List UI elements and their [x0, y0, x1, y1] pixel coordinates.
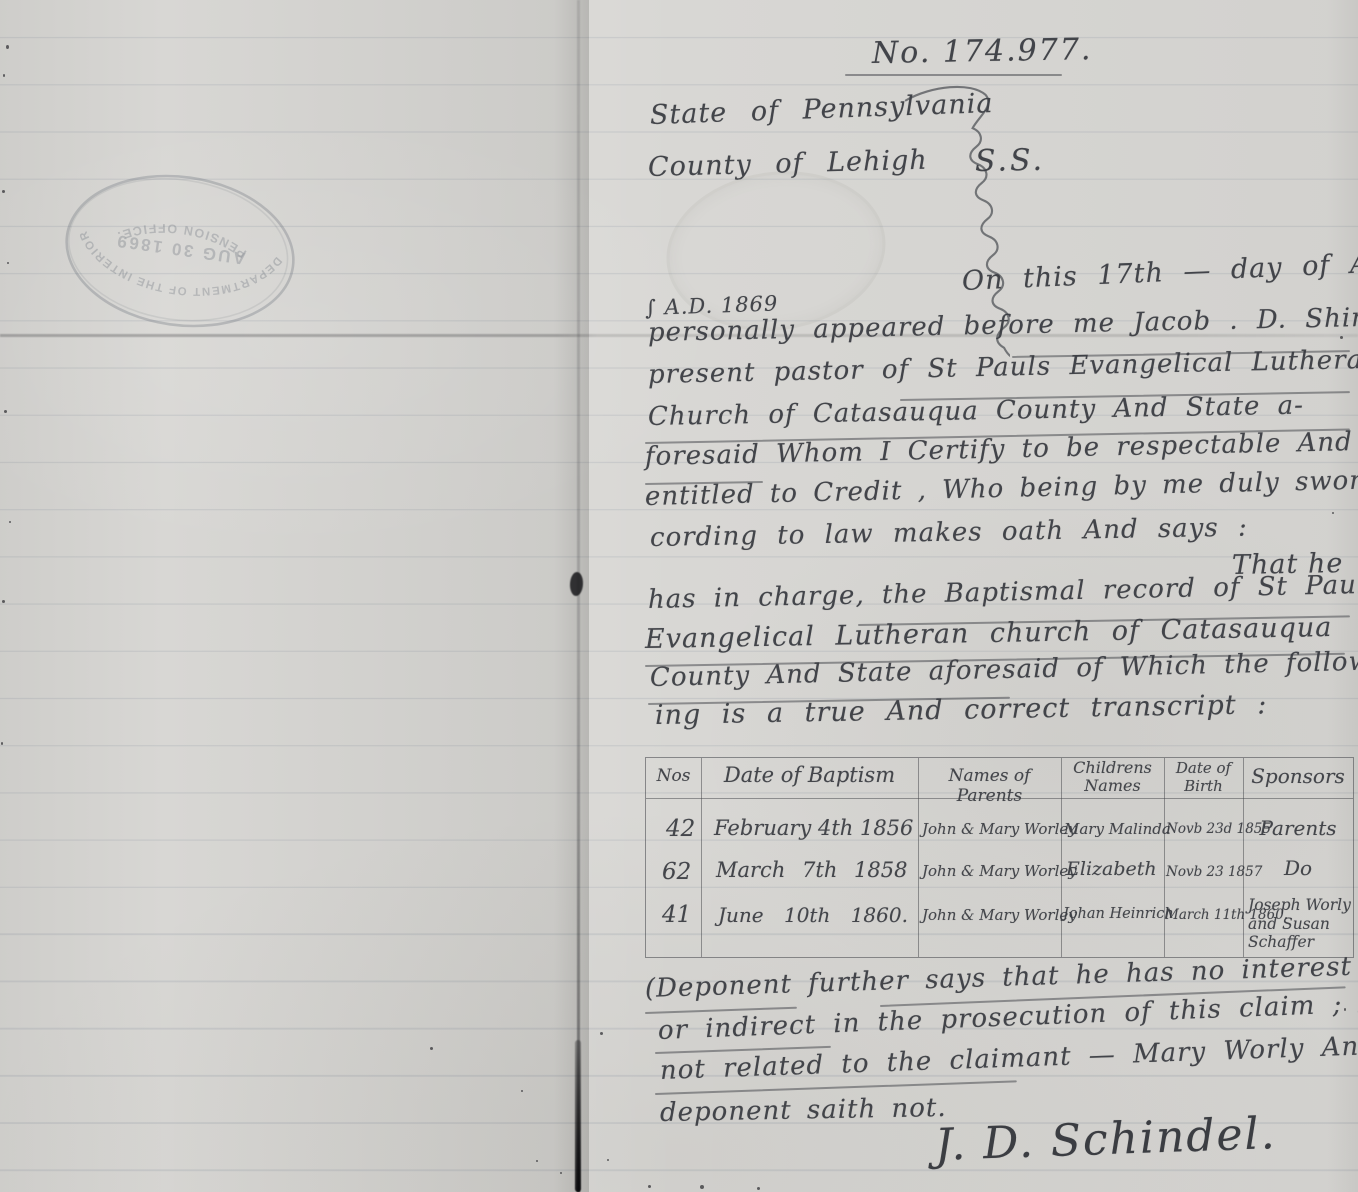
- paper-speck: [1340, 336, 1343, 339]
- vertical-fold-crease-dark: [575, 1040, 581, 1192]
- paper-speck: [430, 1047, 433, 1050]
- paper-speck: [700, 1185, 704, 1189]
- table-cell: Joseph Worly and Susan Schaffer: [1248, 896, 1358, 952]
- paper-speck: [600, 1032, 603, 1035]
- paper-speck: [521, 1090, 523, 1092]
- table-header-cell: Date of Baptism: [701, 763, 918, 787]
- table-cell: John & Mary Worley: [922, 906, 1077, 924]
- paper-speck: [2, 600, 5, 603]
- table-cell: February 4th 1856: [714, 816, 913, 840]
- paper-speck: [607, 1159, 609, 1161]
- baptism-table: Nos Date of Baptism Names of Parents Chi…: [645, 757, 1354, 958]
- table-column-divider: [701, 758, 702, 957]
- paper-speck: [1, 742, 3, 745]
- table-cell: Parents: [1243, 816, 1353, 840]
- table-header-cell: Date of Birth: [1164, 759, 1243, 795]
- table-cell: Do: [1243, 856, 1353, 880]
- paper-speck: [6, 45, 9, 49]
- table-header-cell: Sponsors: [1243, 764, 1353, 788]
- paper-speck: [7, 262, 9, 264]
- paper-speck: [648, 1185, 651, 1188]
- table-cell: John & Mary Worley: [922, 862, 1077, 880]
- vertical-fold-crease: [577, 0, 580, 1192]
- underline: [845, 74, 1062, 76]
- pension-office-stamp: DEPARTMENT OF THE INTERIOR AUG 30 1869 P…: [49, 150, 310, 352]
- paper-speck: [9, 521, 11, 523]
- table-header-cell: Nos: [646, 766, 701, 786]
- table-cell: Mary Malinda: [1064, 820, 1171, 838]
- paper-speck: [1344, 1008, 1346, 1011]
- paper-speck: [2, 190, 5, 193]
- table-header-cell: Names of Parents: [918, 766, 1061, 806]
- table-cell: 62: [662, 859, 691, 885]
- paper-speck: [560, 1172, 562, 1174]
- table-cell: Elizabeth: [1066, 858, 1157, 880]
- table-header-cell: Childrens Names: [1061, 759, 1164, 794]
- paper-speck: [4, 410, 7, 413]
- table-cell: June 10th 1860.: [718, 903, 908, 927]
- scanned-affidavit-page: DEPARTMENT OF THE INTERIOR AUG 30 1869 P…: [0, 0, 1358, 1192]
- table-cell: 42: [666, 816, 695, 842]
- paper-speck: [3, 74, 5, 77]
- paper-speck: [536, 1160, 538, 1162]
- paper-speck: [1332, 512, 1334, 514]
- table-cell: Johan Heinrich: [1063, 906, 1174, 922]
- table-cell: John & Mary Worley: [922, 820, 1077, 838]
- table-cell: March 7th 1858: [716, 858, 907, 882]
- paper-speck: [757, 1187, 760, 1190]
- document-number: No. 174.977.: [872, 32, 1093, 71]
- table-cell: 41: [662, 902, 691, 928]
- closing-line: deponent saith not.: [660, 1093, 947, 1128]
